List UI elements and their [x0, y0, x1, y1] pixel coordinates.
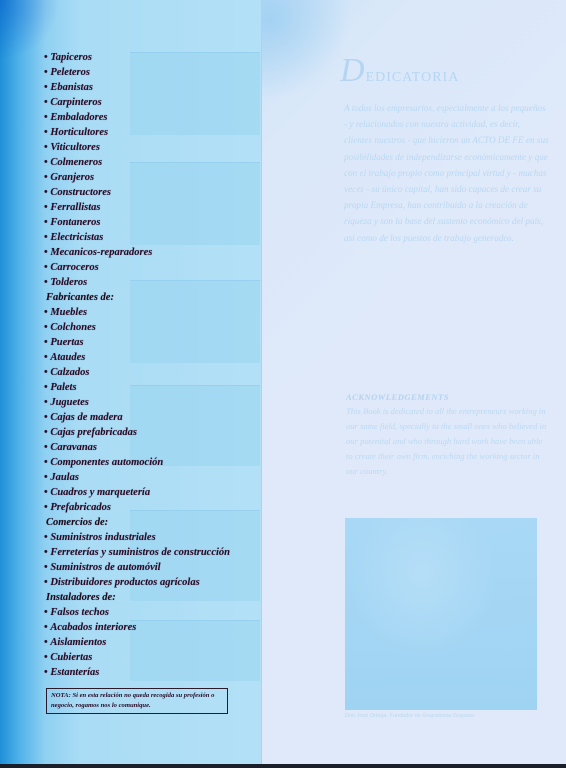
list-item: Palets [44, 380, 230, 395]
list-item: Cuadros y marquetería [44, 485, 230, 500]
acknowledgements-text: This Book is dedicated to all the entrep… [346, 404, 551, 479]
list-item: Juguetes [44, 395, 230, 410]
list-item: Carpinteros [44, 95, 230, 110]
list-item: Puertas [44, 335, 230, 350]
list-item: Cajas prefabricadas [44, 425, 230, 440]
left-page: TapicerosPeleterosEbanistasCarpinterosEm… [0, 0, 262, 764]
section-heading: Comercios de: [44, 515, 230, 530]
list-item: Suministros de automóvil [44, 560, 230, 575]
list-item: Mecanicos-reparadores [44, 245, 230, 260]
list-item: Viticultores [44, 140, 230, 155]
list-item: Componentes automoción [44, 455, 230, 470]
list-item: Electricistas [44, 230, 230, 245]
scan-edge [0, 764, 566, 768]
list-item: Granjeros [44, 170, 230, 185]
dedication-title: DEDICATORIA [340, 52, 459, 90]
list-item: Acabados interiores [44, 620, 230, 635]
list-item: Embaladores [44, 110, 230, 125]
list-item: Peleteros [44, 65, 230, 80]
nota-text: Si en esta relación no queda recogida su… [51, 692, 214, 709]
list-item: Fontaneros [44, 215, 230, 230]
list-item: Cajas de madera [44, 410, 230, 425]
list-item: Aislamientos [44, 635, 230, 650]
list-item: Calzados [44, 365, 230, 380]
title-rest: EDICATORIA [366, 70, 460, 85]
list-item: Colchones [44, 320, 230, 335]
list-item: Ebanistas [44, 80, 230, 95]
list-item: Distribuidores productos agrícolas [44, 575, 230, 590]
list-item: Jaulas [44, 470, 230, 485]
list-item: Caravanas [44, 440, 230, 455]
list-item: Horticultores [44, 125, 230, 140]
trades-list: TapicerosPeleterosEbanistasCarpinterosEm… [44, 50, 230, 680]
nota-label: NOTA: [51, 692, 71, 699]
section-heading: Fabricantes de: [44, 290, 230, 305]
acknowledgements-title: ACKNOWLEDGEMENTS [346, 392, 449, 402]
founder-photo [345, 518, 537, 710]
title-initial: D [340, 52, 366, 89]
list-item: Ataudes [44, 350, 230, 365]
list-item: Ferrallistas [44, 200, 230, 215]
photo-caption: Don José Ortega, Fundador de Grapadoras … [345, 713, 545, 719]
list-item: Cubiertas [44, 650, 230, 665]
nota-box: NOTA: Si en esta relación no queda recog… [46, 688, 228, 714]
list-item: Prefabricados [44, 500, 230, 515]
list-item: Suministros industriales [44, 530, 230, 545]
list-item: Colmeneros [44, 155, 230, 170]
list-item: Falsos techos [44, 605, 230, 620]
list-item: Ferreterías y suministros de construcció… [44, 545, 230, 560]
list-item: Carroceros [44, 260, 230, 275]
list-item: Tapiceros [44, 50, 230, 65]
dedication-text: A todos los empresarios, especialmente a… [344, 100, 549, 246]
list-item: Muebles [44, 305, 230, 320]
right-page: DEDICATORIA A todos los empresarios, esp… [262, 0, 566, 764]
list-item: Constructores [44, 185, 230, 200]
section-heading: Instaladores de: [44, 590, 230, 605]
list-item: Tolderos [44, 275, 230, 290]
list-item: Estanterías [44, 665, 230, 680]
